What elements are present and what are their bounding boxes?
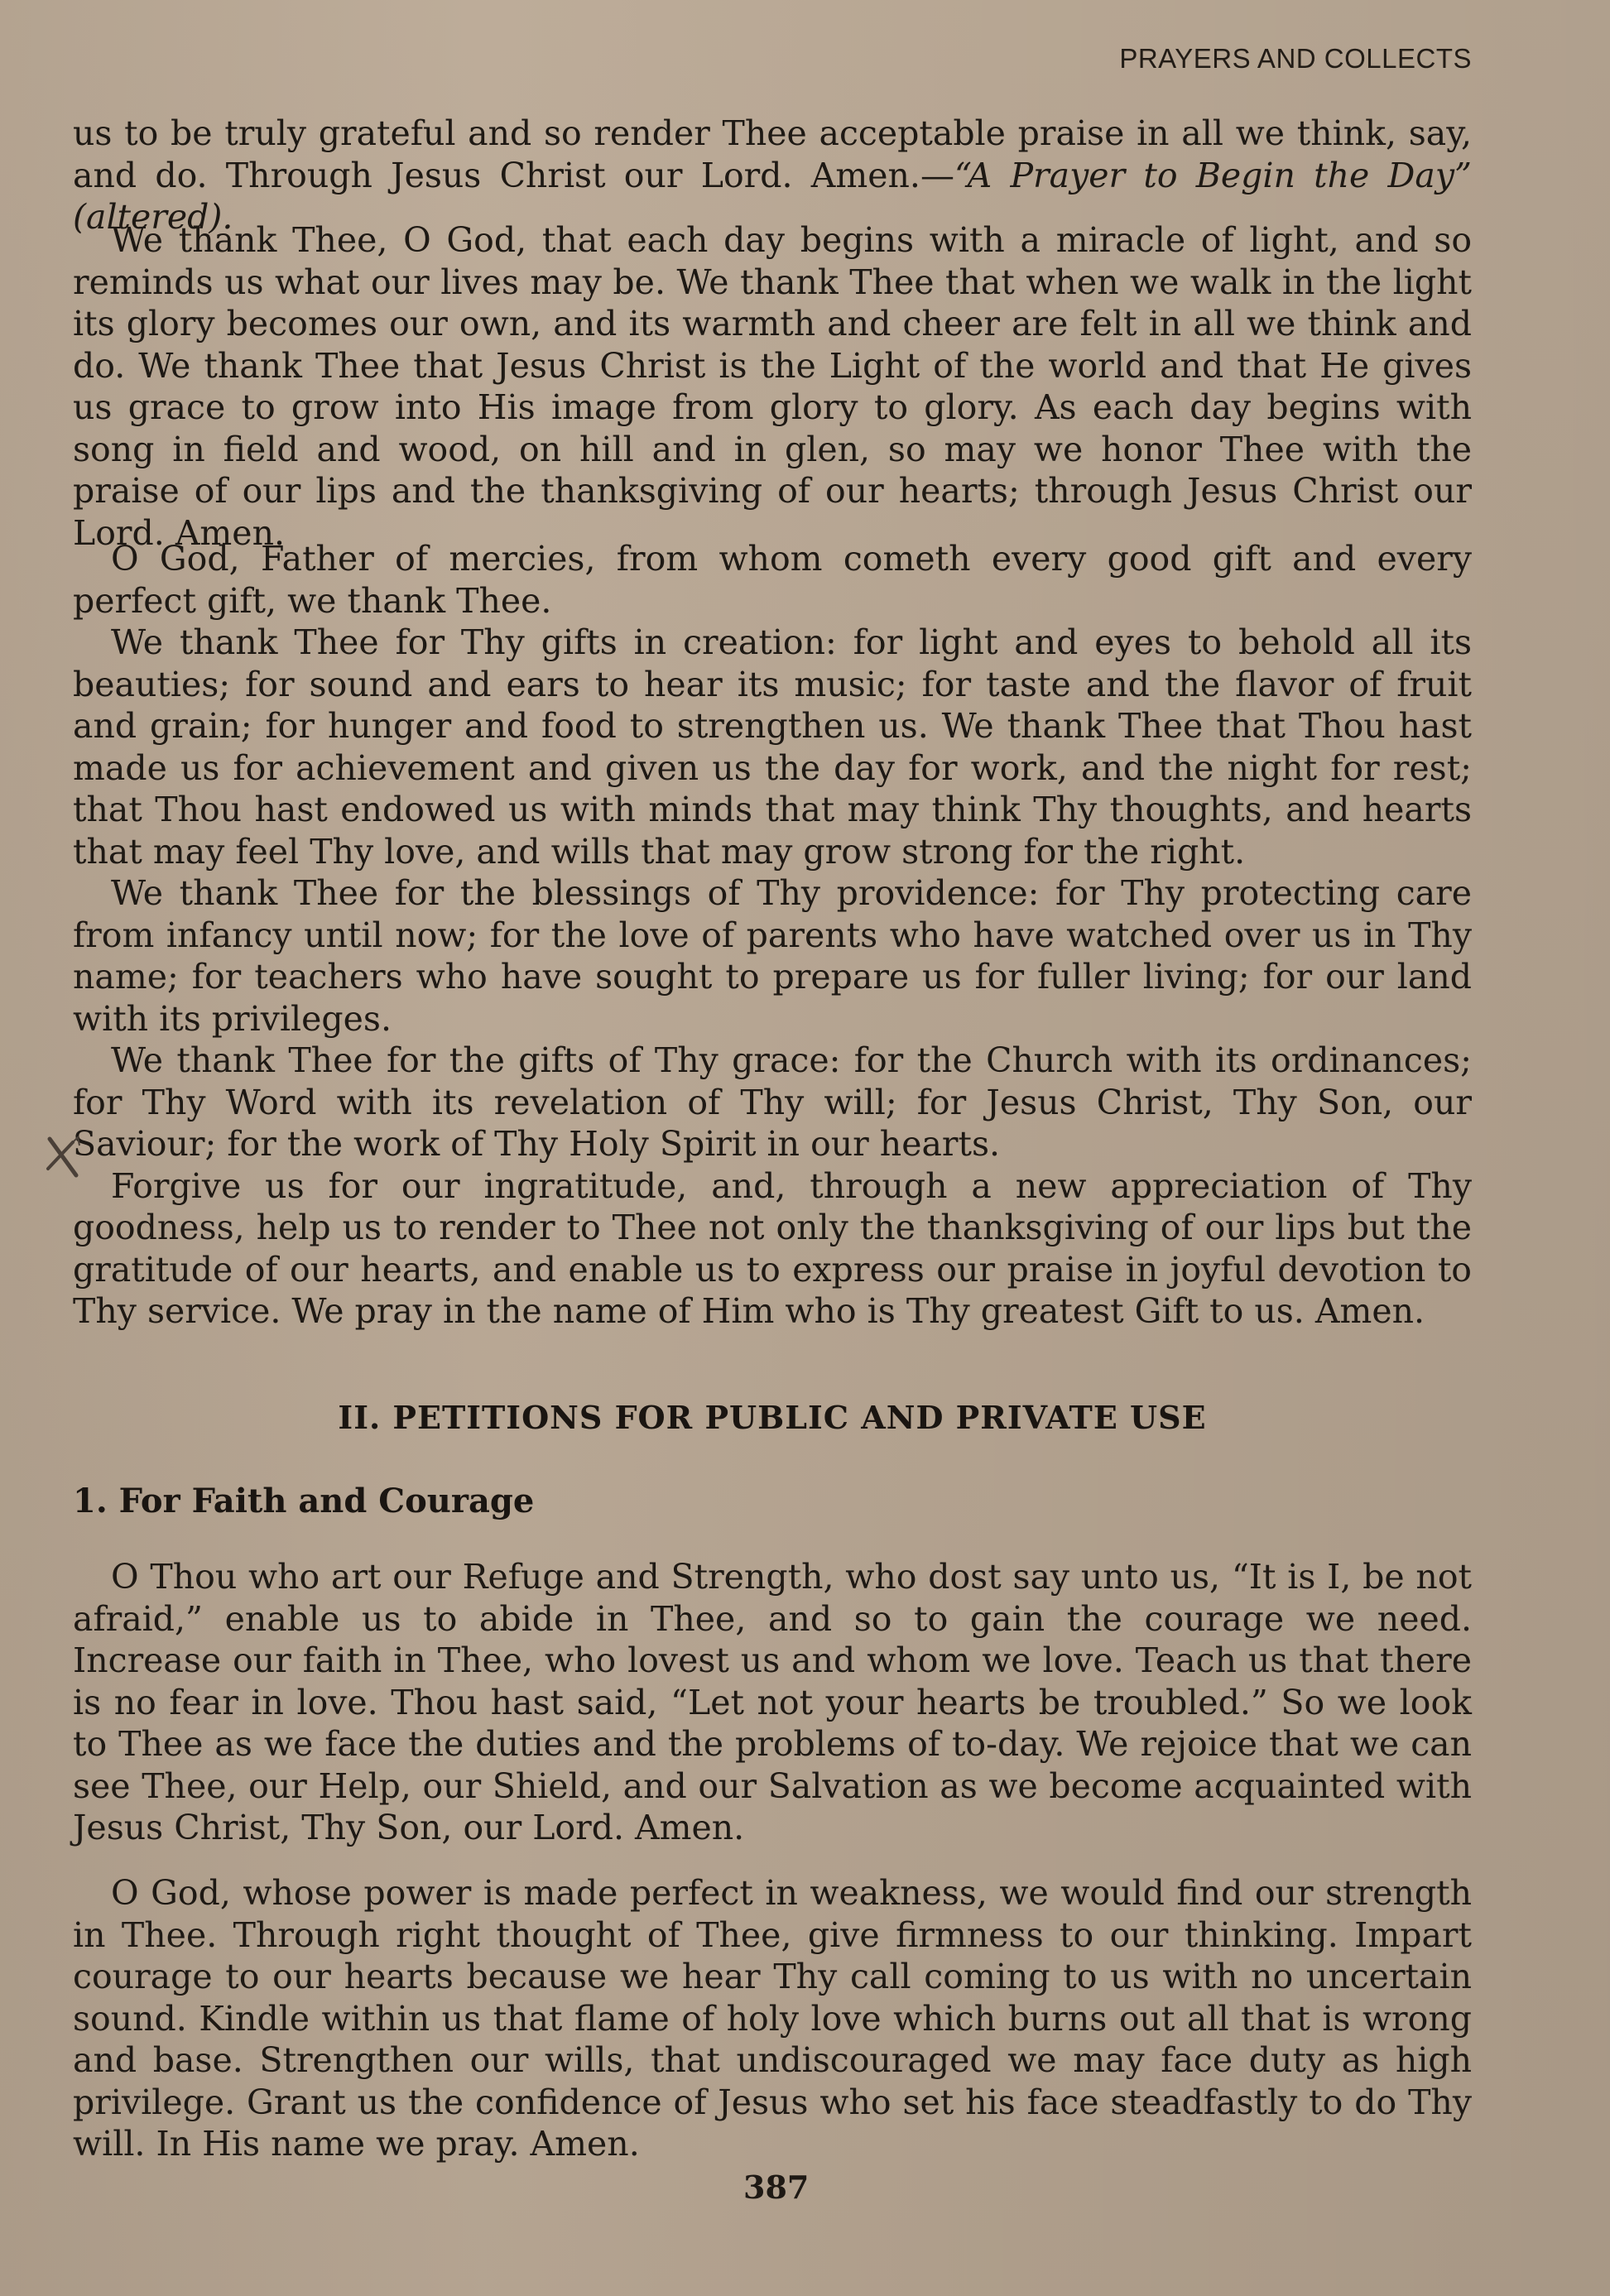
prayer-block-refuge: O Thou who art our Refuge and Strength, … [73, 1556, 1472, 1849]
prayer-block-light: We thank Thee, O God, that each day begi… [73, 219, 1472, 554]
prayer-paragraph: We thank Thee for the blessings of Thy p… [73, 872, 1472, 1040]
prayer-paragraph: O Thou who art our Refuge and Strength, … [73, 1556, 1472, 1849]
prayer-paragraph: We thank Thee, O God, that each day begi… [73, 219, 1472, 554]
prayer-block-thanksgiving: O God, Father of mercies, from whom come… [73, 538, 1472, 1333]
handwritten-x-mark-icon [43, 1132, 93, 1182]
subsection-title: 1. For Faith and Courage [73, 1482, 534, 1520]
prayer-paragraph: We thank Thee for the gifts of Thy grace… [73, 1040, 1472, 1165]
running-head: PRAYERS AND COLLECTS [1119, 43, 1472, 74]
prayer-paragraph: We thank Thee for Thy gifts in creation:… [73, 622, 1472, 872]
page-number: 387 [743, 2169, 809, 2206]
prayer-paragraph: O God, whose power is made perfect in we… [73, 1872, 1472, 2165]
prayer-paragraph: Forgive us for our ingratitude, and, thr… [73, 1165, 1472, 1333]
prayer-paragraph: O God, Father of mercies, from whom come… [73, 538, 1472, 622]
section-title: II. PETITIONS FOR PUBLIC AND PRIVATE USE [73, 1399, 1472, 1436]
prayer-block-strength: O God, whose power is made perfect in we… [73, 1872, 1472, 2165]
